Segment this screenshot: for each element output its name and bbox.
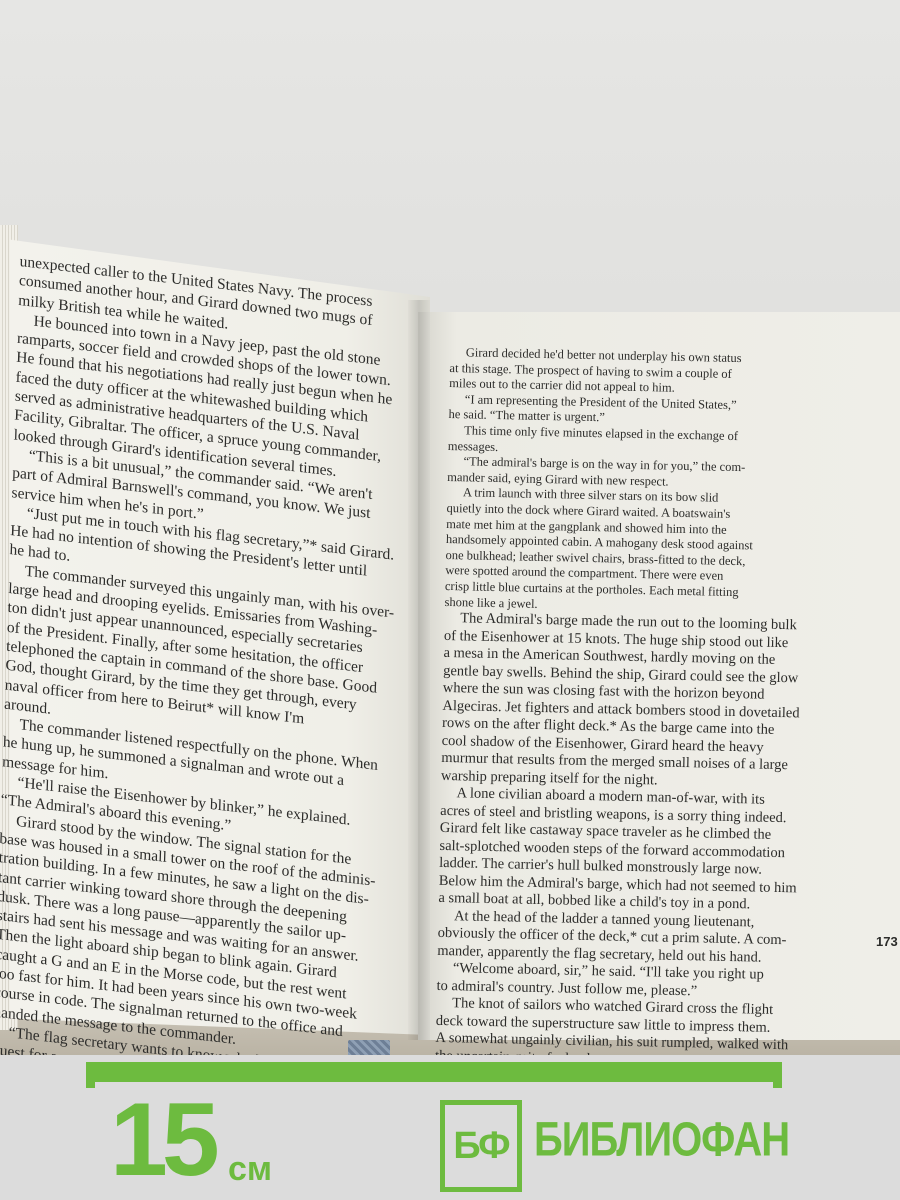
page-number: 173 — [876, 934, 898, 949]
brand-name: БИБЛИОФАН — [534, 1114, 789, 1168]
measure-unit: см — [228, 1150, 272, 1189]
photo-scene: unexpected caller to the United States N… — [0, 0, 900, 1200]
logo-mark: БФ — [453, 1125, 508, 1168]
book-logo-icon: БФ — [440, 1100, 522, 1192]
right-page-text: Girard decided he'd better not underplay… — [435, 345, 880, 1074]
measure-value: 15 — [110, 1088, 214, 1192]
left-page-text: unexpected caller to the United States N… — [0, 252, 420, 1124]
